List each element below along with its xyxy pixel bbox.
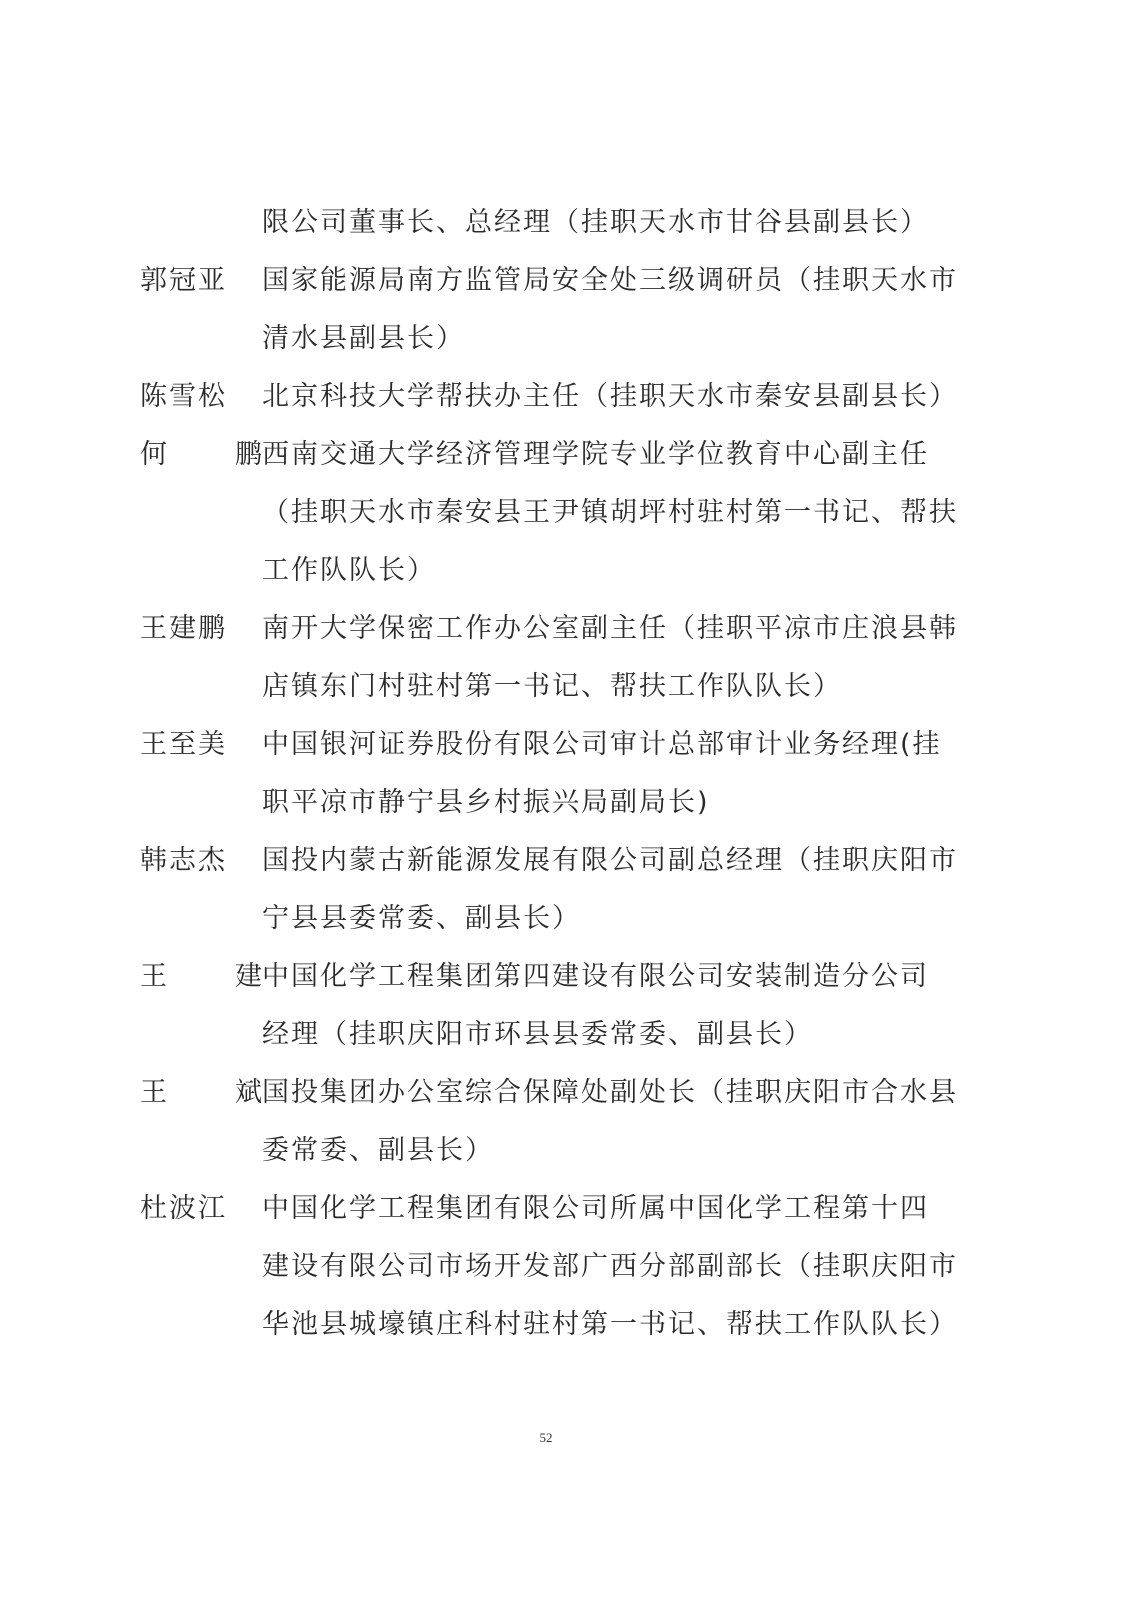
entry-text: （挂职天水市秦安县王尹镇胡坪村驻村第一书记、帮扶 (262, 490, 980, 529)
list-item-continuation: 委常委、副县长） (140, 1118, 980, 1176)
list-item-continuation: 职平凉市静宁县乡村振兴局副局长) (140, 770, 980, 828)
appointee-name: 王至美 (140, 722, 262, 761)
list-item: 杜波江 中国化学工程集团有限公司所属中国化学工程第十四 (140, 1176, 980, 1234)
continuation-line: 限公司董事长、总经理（挂职天水市甘谷县副县长） (140, 190, 980, 248)
appointee-name: 陈雪松 (140, 374, 262, 413)
entry-text: 华池县城壕镇庄科村驻村第一书记、帮扶工作队队长） (262, 1302, 980, 1341)
entry-text: 南开大学保密工作办公室副主任（挂职平凉市庄浪县韩 (262, 606, 980, 645)
page-number: 52 (0, 1430, 1092, 1446)
entry-text: 店镇东门村驻村第一书记、帮扶工作队队长） (262, 664, 980, 703)
document-page: 限公司董事长、总经理（挂职天水市甘谷县副县长） 郭冠亚 国家能源局南方监管局安全… (0, 0, 1132, 1600)
appointee-name: 郭冠亚 (140, 258, 262, 297)
list-item-continuation: （挂职天水市秦安县王尹镇胡坪村驻村第一书记、帮扶 (140, 480, 980, 538)
entry-text: 委常委、副县长） (262, 1128, 980, 1167)
appointee-name: 杜波江 (140, 1186, 262, 1225)
list-item: 何 鹏 西南交通大学经济管理学院专业学位教育中心副主任 (140, 422, 980, 480)
list-item-continuation: 店镇东门村驻村第一书记、帮扶工作队队长） (140, 654, 980, 712)
appointee-name: 王 斌 (140, 1070, 262, 1109)
appointee-name: 王建鹏 (140, 606, 262, 645)
list-item: 王至美 中国银河证券股份有限公司审计总部审计业务经理(挂 (140, 712, 980, 770)
entry-text: 国家能源局南方监管局安全处三级调研员（挂职天水市 (262, 258, 980, 297)
entry-text: 国投集团办公室综合保障处副处长（挂职庆阳市合水县 (262, 1070, 980, 1109)
list-item: 陈雪松 北京科技大学帮扶办主任（挂职天水市秦安县副县长） (140, 364, 980, 422)
entry-text: 职平凉市静宁县乡村振兴局副局长) (262, 780, 980, 819)
entry-text: 经理（挂职庆阳市环县县委常委、副县长） (262, 1012, 980, 1051)
appointee-name: 韩志杰 (140, 838, 262, 877)
entry-text: 中国化学工程集团第四建设有限公司安装制造分公司 (262, 954, 980, 993)
entry-text: 中国化学工程集团有限公司所属中国化学工程第十四 (262, 1186, 980, 1225)
appointee-list: 限公司董事长、总经理（挂职天水市甘谷县副县长） 郭冠亚 国家能源局南方监管局安全… (140, 190, 980, 1350)
appointee-name: 何 鹏 (140, 432, 262, 471)
entry-text: 国投内蒙古新能源发展有限公司副总经理（挂职庆阳市 (262, 838, 980, 877)
entry-text: 建设有限公司市场开发部广西分部副部长（挂职庆阳市 (262, 1244, 980, 1283)
list-item: 王 斌 国投集团办公室综合保障处副处长（挂职庆阳市合水县 (140, 1060, 980, 1118)
entry-text: 工作队队长） (262, 548, 980, 587)
appointee-name: 王 建 (140, 954, 262, 993)
entry-text: 限公司董事长、总经理（挂职天水市甘谷县副县长） (262, 200, 980, 239)
list-item: 韩志杰 国投内蒙古新能源发展有限公司副总经理（挂职庆阳市 (140, 828, 980, 886)
list-item: 郭冠亚 国家能源局南方监管局安全处三级调研员（挂职天水市 (140, 248, 980, 306)
list-item-continuation: 建设有限公司市场开发部广西分部副部长（挂职庆阳市 (140, 1234, 980, 1292)
list-item-continuation: 宁县县委常委、副县长） (140, 886, 980, 944)
list-item: 王建鹏 南开大学保密工作办公室副主任（挂职平凉市庄浪县韩 (140, 596, 980, 654)
list-item-continuation: 华池县城壕镇庄科村驻村第一书记、帮扶工作队队长） (140, 1292, 980, 1350)
list-item: 王 建 中国化学工程集团第四建设有限公司安装制造分公司 (140, 944, 980, 1002)
entry-text: 西南交通大学经济管理学院专业学位教育中心副主任 (262, 432, 980, 471)
list-item-continuation: 工作队队长） (140, 538, 980, 596)
entry-text: 宁县县委常委、副县长） (262, 896, 980, 935)
entry-text: 中国银河证券股份有限公司审计总部审计业务经理(挂 (262, 722, 980, 761)
entry-text: 北京科技大学帮扶办主任（挂职天水市秦安县副县长） (262, 374, 980, 413)
list-item-continuation: 清水县副县长） (140, 306, 980, 364)
list-item-continuation: 经理（挂职庆阳市环县县委常委、副县长） (140, 1002, 980, 1060)
entry-text: 清水县副县长） (262, 316, 980, 355)
